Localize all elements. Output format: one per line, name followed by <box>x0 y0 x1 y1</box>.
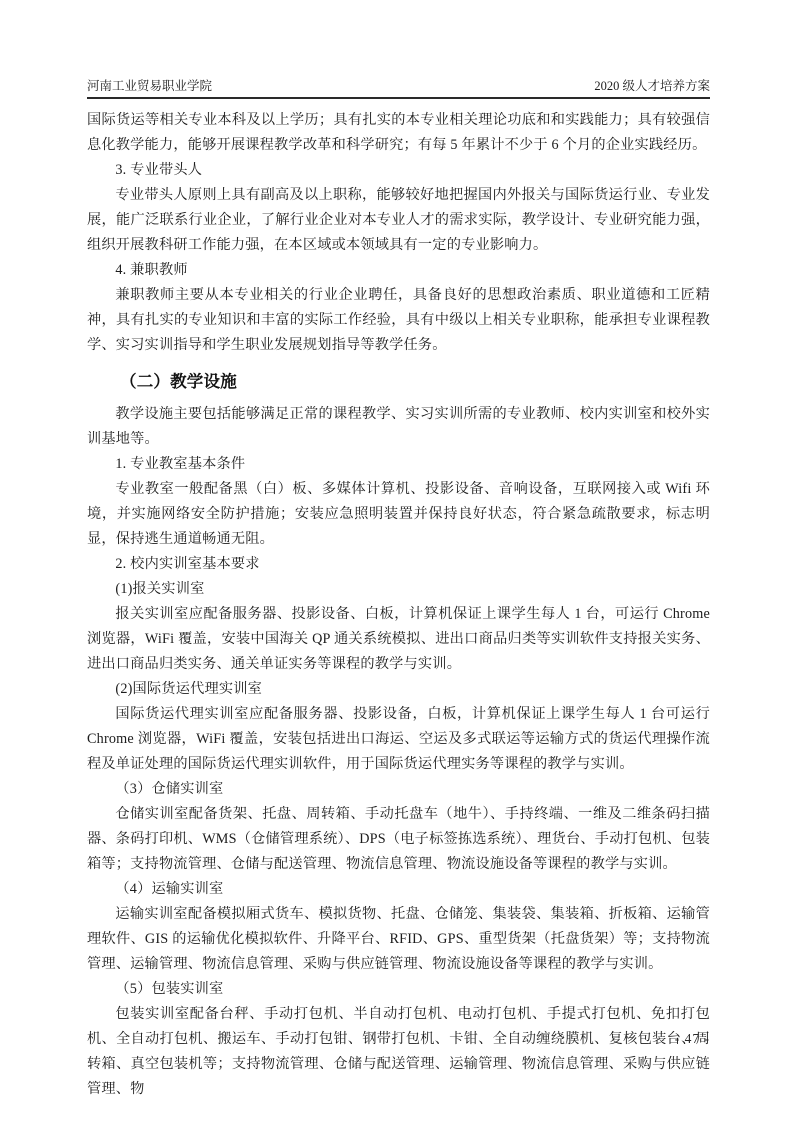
list-item-heading: （3）仓储实训室 <box>87 777 710 802</box>
page-number: - 47 - <box>675 1031 710 1046</box>
list-item-heading: (1)报关实训室 <box>87 577 710 602</box>
list-item-heading: (2)国际货运代理实训室 <box>87 677 710 702</box>
header-program-title: 2020 级人才培养方案 <box>594 78 710 94</box>
list-item-heading: 4. 兼职教师 <box>87 258 710 283</box>
list-item-heading: 3. 专业带头人 <box>87 158 710 183</box>
document-page: 河南工业贸易职业学院 2020 级人才培养方案 国际货运等相关专业本科及以上学历… <box>0 0 793 1122</box>
header-school-name: 河南工业贸易职业学院 <box>87 78 212 94</box>
paragraph: 教学设施主要包括能够满足正常的课程教学、实习实训所需的专业教师、校内实训室和校外… <box>87 402 710 452</box>
document-body: 国际货运等相关专业本科及以上学历；具有扎实的本专业相关理论功底和和实践能力；具有… <box>87 108 710 1102</box>
paragraph: 包装实训室配备台秤、手动打包机、半自动打包机、电动打包机、手提式打包机、免扣打包… <box>87 1002 710 1102</box>
list-item-heading: （5）包装实训室 <box>87 977 710 1002</box>
section-heading: （二）教学设施 <box>87 369 710 395</box>
page-header: 河南工业贸易职业学院 2020 级人才培养方案 <box>87 78 710 99</box>
paragraph: 运输实训室配备模拟厢式货车、模拟货物、托盘、仓储笼、集装袋、集装箱、折板箱、运输… <box>87 902 710 977</box>
list-item-heading: （4）运输实训室 <box>87 877 710 902</box>
paragraph-continuation: 国际货运等相关专业本科及以上学历；具有扎实的本专业相关理论功底和和实践能力；具有… <box>87 108 710 158</box>
paragraph: 兼职教师主要从本专业相关的行业企业聘任，具备良好的思想政治素质、职业道德和工匠精… <box>87 283 710 358</box>
paragraph: 报关实训室应配备服务器、投影设备、白板，计算机保证上课学生每人 1 台，可运行 … <box>87 602 710 677</box>
paragraph: 仓储实训室配备货架、托盘、周转箱、手动托盘车（地牛）、手持终端、一维及二维条码扫… <box>87 802 710 877</box>
page-footer: - 47 - <box>675 1030 710 1048</box>
paragraph: 专业教室一般配备黑（白）板、多媒体计算机、投影设备、音响设备，互联网接入或 Wi… <box>87 477 710 552</box>
list-item-heading: 1. 专业教室基本条件 <box>87 452 710 477</box>
paragraph: 国际货运代理实训室应配备服务器、投影设备，白板，计算机保证上课学生每人 1 台可… <box>87 702 710 777</box>
paragraph: 专业带头人原则上具有副高及以上职称，能够较好地把握国内外报关与国际货运行业、专业… <box>87 183 710 258</box>
list-item-heading: 2. 校内实训室基本要求 <box>87 552 710 577</box>
